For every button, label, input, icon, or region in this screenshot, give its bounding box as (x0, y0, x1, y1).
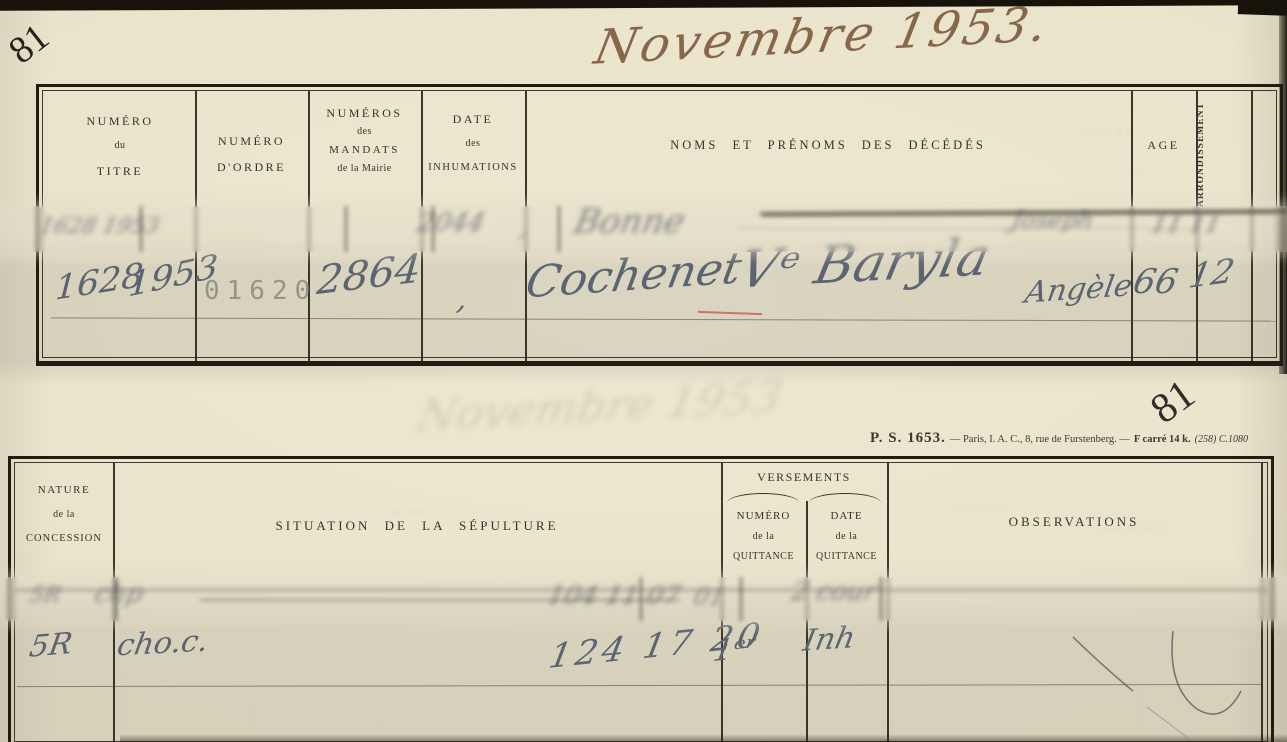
register-scan-page: 81 Novembre 1953. NUMÉRO du TITRE NUMÉRO… (0, 0, 1287, 742)
header-date-inhumations: DATE des INHUMATIONS (421, 113, 525, 174)
bleedthrough-text: NUMÉRO (951, 503, 1011, 515)
bleedthrough-text: MANDATS (1101, 523, 1168, 535)
folio-number-top-left: 81 (0, 15, 57, 73)
entry-age: 66 (1130, 262, 1182, 302)
ghost-line (558, 206, 560, 252)
entry-situation: cho.c. (115, 624, 211, 664)
entry-nature: 5R (27, 626, 75, 665)
header-quittance-numero: NUMÉRO de la QUITTANCE (721, 511, 806, 562)
ghost-line (345, 206, 347, 252)
ghost-line (432, 206, 434, 252)
ghost-line (200, 599, 680, 601)
header-versements: VERSEMENTS (721, 471, 887, 483)
header-numeros-mandats: NUMÉROS des MANDATS de la Mairie (308, 107, 421, 174)
header-noms-decedes: NOMS ET PRÉNOMS DES DÉCÉDÉS (525, 139, 1131, 152)
imprint-address: — Paris, I. A. C., 8, rue de Furstenberg… (950, 434, 1130, 445)
imprint-ref: P. S. 1653. (870, 430, 946, 446)
header-situation-sepulture: SITUATION DE LA SÉPULTURE (113, 519, 721, 532)
scan-edge-top (0, 0, 1287, 11)
header-numero-ordre: NUMÉRO D'ORDRE (195, 135, 308, 173)
ghost-line (640, 577, 642, 621)
ghost-text: 1628 1953 (37, 214, 161, 239)
imprint-size: F carré 14 k. (1134, 434, 1191, 445)
ghost-text: 5R (27, 583, 63, 608)
ghost-text: 2044 (415, 208, 488, 238)
versements-swash-right (809, 493, 881, 503)
blur-band-top: 1628 1953 2044 , Bonne Joseph 11 11 (0, 206, 1287, 252)
ghost-line (740, 577, 742, 621)
ghost-line (115, 577, 117, 621)
blur-band-bottom: 5R chp 104 11 07 01 2 cour (0, 577, 1287, 621)
ghost-text: Bonne (571, 202, 689, 242)
ghost-line (880, 577, 882, 621)
header-observations: OBSERVATIONS (887, 515, 1261, 528)
row-rule (51, 317, 1277, 321)
printer-imprint: P. S. 1653. — Paris, I. A. C., 8, rue de… (600, 429, 1248, 447)
month-title-handwritten: Novembre 1953. (590, 0, 1055, 76)
header-age: AGE (1131, 139, 1196, 151)
imprint-code: (258) C.1080 (1195, 434, 1248, 445)
bleedthrough-text: NOMS (391, 507, 431, 519)
header-quittance-date: DATE de la QUITTANCE (806, 511, 887, 562)
header-arrondissement: ARRONDISSEMENT (1196, 91, 1251, 219)
ghost-text: 01 (691, 583, 727, 611)
ghost-text: , (517, 214, 531, 242)
entry-quittance-numero: 1ᵉʳ (711, 630, 759, 669)
entry-arrondissement: 12 (1186, 251, 1238, 297)
pen-stroke-curves (1051, 629, 1266, 742)
ghost-text: 104 11 07 (545, 581, 684, 611)
folio-number-middle-right: 81 (1142, 370, 1204, 434)
ghost-text: 2 cour (789, 577, 880, 607)
bleedthrough-text: NATURE (1079, 127, 1134, 139)
header-nature-concession: NATURE de la CONCESSION (15, 485, 113, 545)
bleedthrough-text: CONCESSION (1067, 169, 1144, 179)
entry-quittance-date: Inh (800, 620, 858, 658)
entry-numero-ordre-stamp: 01620 (204, 276, 317, 306)
ghost-text: chp (92, 579, 146, 609)
versements-swash-left (727, 493, 799, 503)
header-numero-titre: NUMÉRO du TITRE (45, 115, 195, 177)
ghost-text: 11 11 (1149, 210, 1224, 238)
ghost-line (140, 206, 142, 252)
